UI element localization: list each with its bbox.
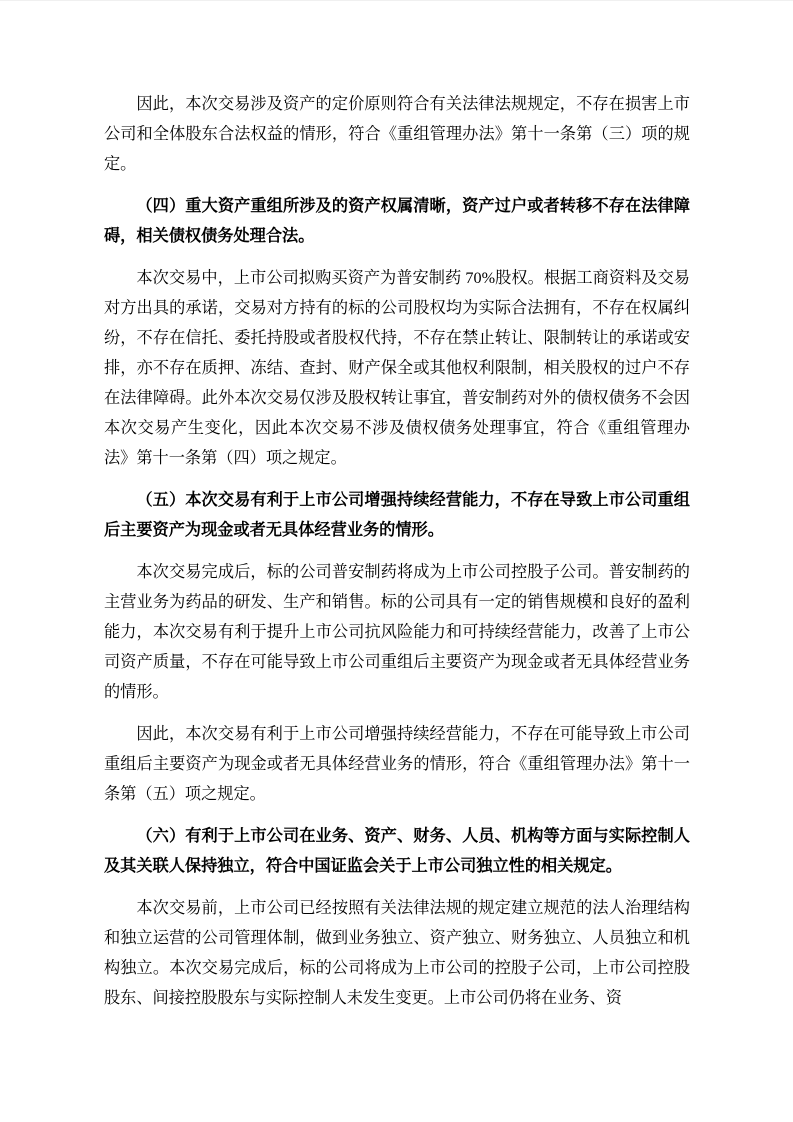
section-heading-item-6: （六）有利于上市公司在业务、资产、财务、人员、机构等方面与实际控制人及其关联人保… [104, 821, 690, 881]
paragraph-operating-capability: 本次交易完成后，标的公司普安制药将成为上市公司控股子公司。普安制药的主营业务为药… [104, 557, 690, 707]
paragraph-equity-ownership: 本次交易中，上市公司拟购买资产为普安制药 70%股权。根据工商资料及交易对方出具… [104, 263, 690, 473]
paragraph-pricing-compliance-conclusion: 因此，本次交易涉及资产的定价原则符合有关法律法规规定，不存在损害上市公司和全体股… [104, 89, 690, 179]
page-content: 因此，本次交易涉及资产的定价原则符合有关法律法规规定，不存在损害上市公司和全体股… [104, 89, 690, 1025]
paragraph-operating-capability-conclusion: 因此，本次交易有利于上市公司增强持续经营能力，不存在可能导致上市公司重组后主要资… [104, 719, 690, 809]
document-page: 因此，本次交易涉及资产的定价原则符合有关法律法规规定，不存在损害上市公司和全体股… [0, 0, 793, 1122]
section-heading-item-5: （五）本次交易有利于上市公司增强持续经营能力，不存在导致上市公司重组后主要资产为… [104, 485, 690, 545]
paragraph-independence: 本次交易前，上市公司已经按照有关法律法规的规定建立规范的法人治理结构和独立运营的… [104, 893, 690, 1013]
section-heading-item-4: （四）重大资产重组所涉及的资产权属清晰，资产过户或者转移不存在法律障碍，相关债权… [104, 191, 690, 251]
